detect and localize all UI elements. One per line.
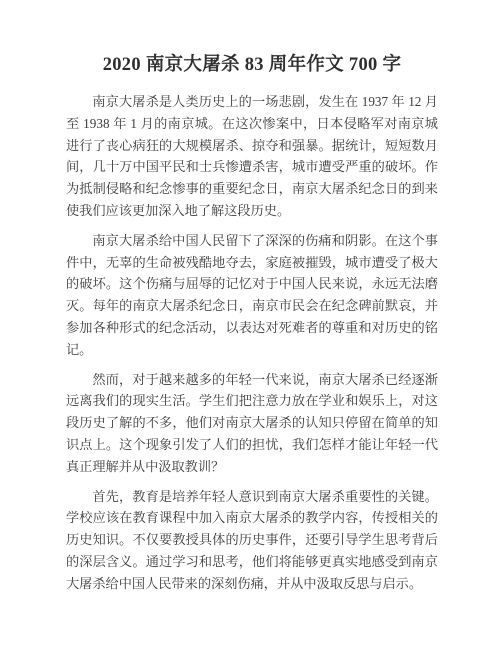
paragraph-2: 南京大屠杀给中国人民留下了深深的伤痛和阴影。在这个事件中，无辜的生命被残酷地夺去…	[66, 230, 438, 361]
document-title: 2020 南京大屠杀 83 周年作文 700 字	[66, 52, 438, 78]
document-body: 南京大屠杀是人类历史上的一场悲剧，发生在 1937 年 12 月至 1938 年…	[66, 91, 438, 595]
paragraph-4: 首先，教育是培养年轻人意识到南京大屠杀重要性的关键。学校应该在教育课程中加入南京…	[66, 486, 438, 595]
paragraph-1: 南京大屠杀是人类历史上的一场悲剧，发生在 1937 年 12 月至 1938 年…	[66, 91, 438, 222]
paragraph-3: 然而，对于越来越多的年轻一代来说，南京大屠杀已经逐渐远离我们的现实生活。学生们把…	[66, 369, 438, 478]
document-page: 2020 南京大屠杀 83 周年作文 700 字 南京大屠杀是人类历史上的一场悲…	[0, 0, 500, 647]
